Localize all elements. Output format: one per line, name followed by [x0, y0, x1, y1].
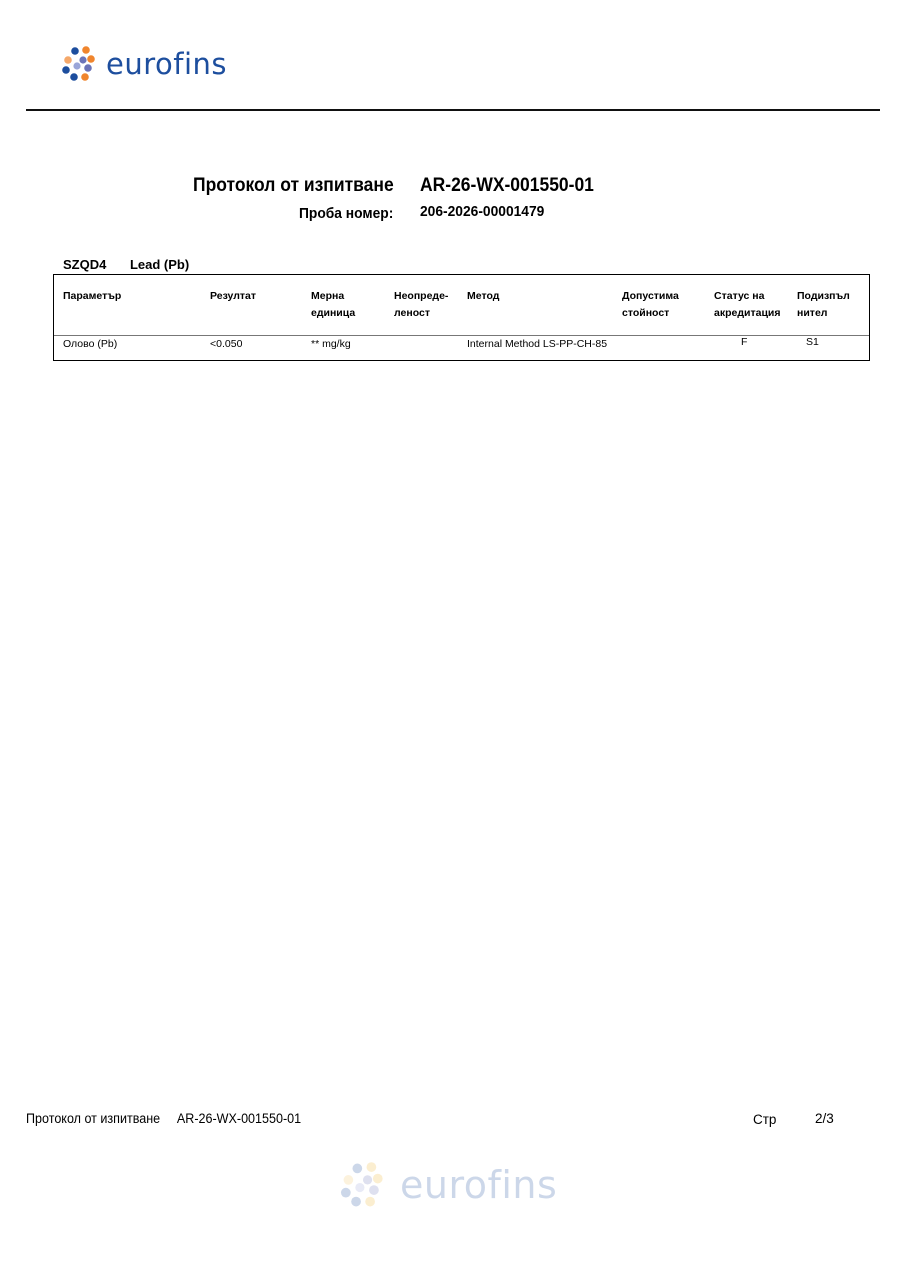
- section-code: SZQD4: [63, 257, 106, 272]
- report-number: AR-26-WX-001550-01: [420, 175, 594, 197]
- results-table: Параметър Резултат Мерна единица Неопред…: [53, 274, 870, 361]
- eurofins-molecule-icon: [62, 46, 100, 82]
- section-name: Lead (Pb): [130, 257, 189, 272]
- column-header-uncertainty: Неопреде- леност: [394, 288, 448, 322]
- logo-wordmark: eurofins: [106, 47, 227, 81]
- sample-number-label: Проба номер:: [299, 205, 393, 222]
- watermark-wordmark: eurofins: [400, 1163, 557, 1207]
- sample-number: 206-2026-00001479: [420, 203, 544, 220]
- footer-page-label: Стр: [753, 1112, 776, 1127]
- cell-method: Internal Method LS-PP-CH-85: [467, 338, 607, 350]
- column-header-method: Метод: [467, 288, 499, 305]
- column-header-limit: Допустима стойност: [622, 288, 679, 322]
- section-heading: SZQD4 Lead (Pb): [63, 257, 189, 272]
- footer-report-number: AR-26-WX-001550-01: [177, 1111, 301, 1126]
- header-divider: [26, 109, 880, 111]
- cell-parameter: Олово (Pb): [63, 338, 117, 350]
- footer-page-number: 2/3: [815, 1111, 834, 1126]
- eurofins-watermark-logo: eurofins: [340, 1162, 557, 1208]
- footer-report-label: Протокол от изпитване: [26, 1111, 160, 1126]
- cell-unit: ** mg/kg: [311, 338, 351, 350]
- cell-subcontractor: S1: [806, 336, 819, 348]
- column-header-unit: Мерна единица: [311, 288, 355, 322]
- column-header-subcontractor: Подизпъл нител: [797, 288, 850, 322]
- column-header-parameter: Параметър: [63, 288, 121, 305]
- report-title-label: Протокол от изпитване: [193, 175, 394, 197]
- cell-accreditation-status: F: [741, 336, 747, 348]
- column-header-accreditation: Статус на акредитация: [714, 288, 781, 322]
- eurofins-logo: eurofins: [62, 46, 227, 82]
- cell-result: <0.050: [210, 338, 242, 350]
- footer-report-reference: Протокол от изпитванеAR-26-WX-001550-01: [26, 1111, 301, 1126]
- column-header-result: Резултат: [210, 288, 256, 305]
- eurofins-molecule-icon: [340, 1162, 390, 1208]
